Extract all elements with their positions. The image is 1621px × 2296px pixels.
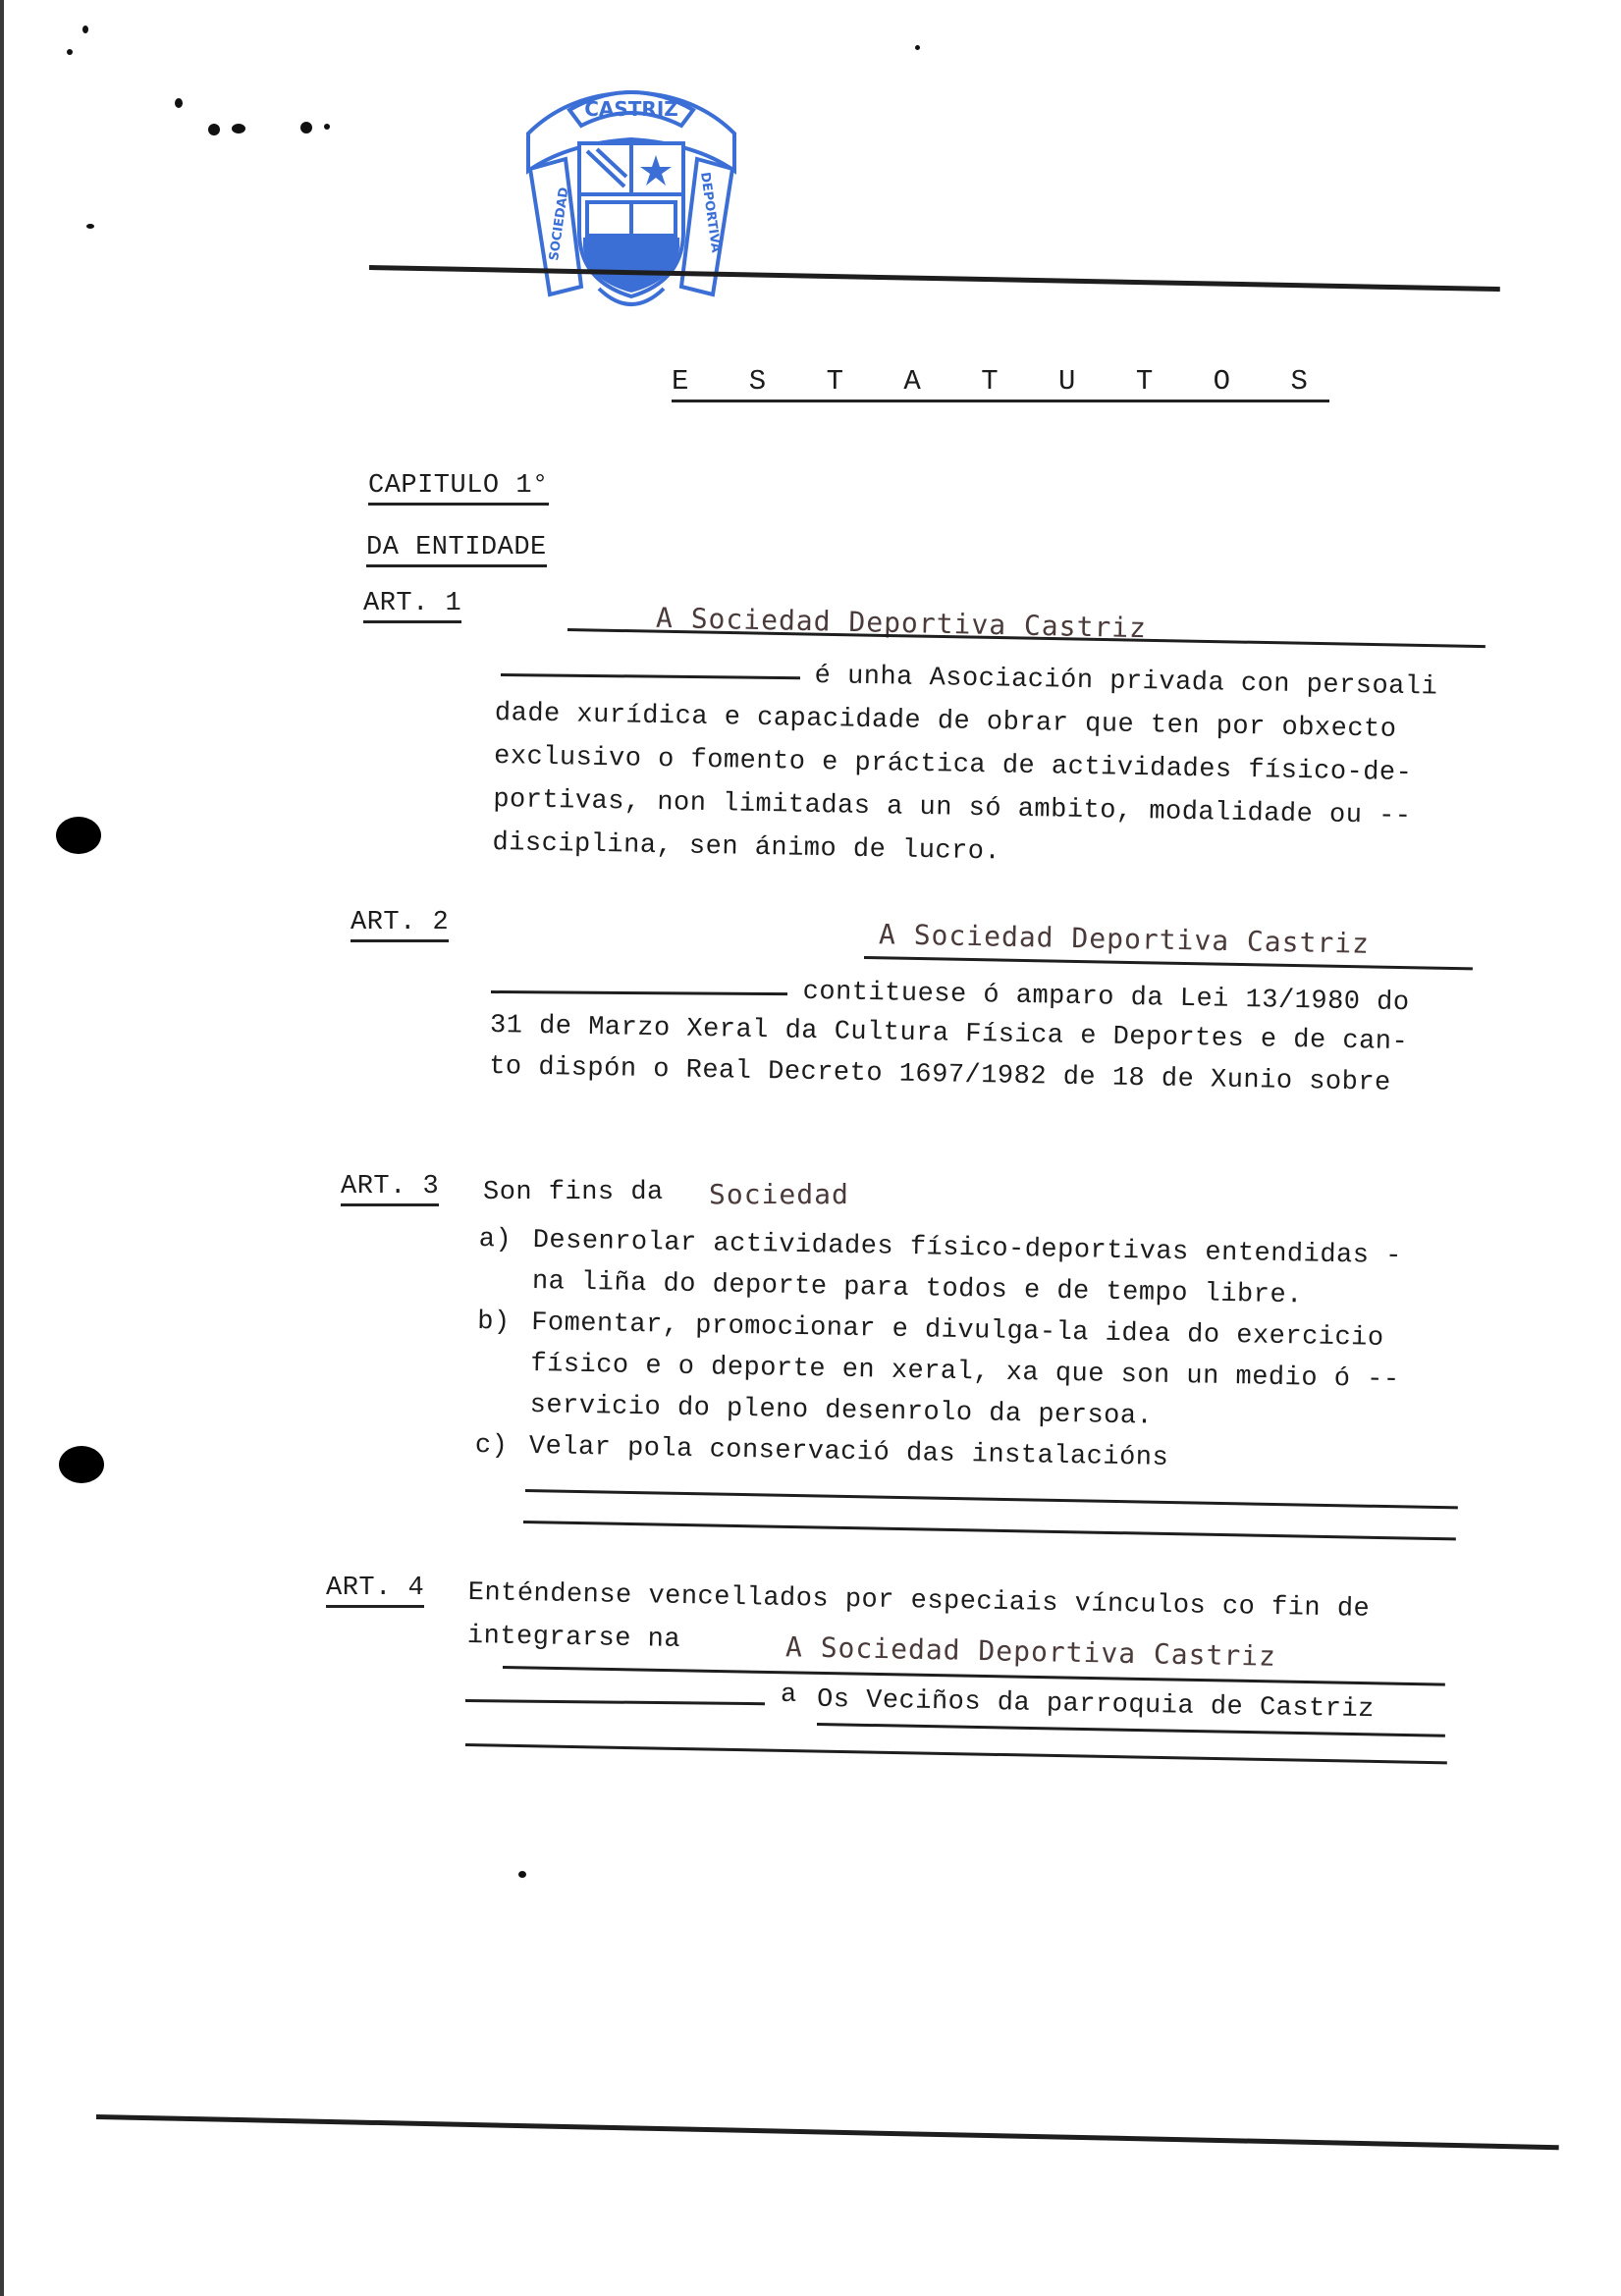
fill-line bbox=[864, 956, 1473, 970]
scan-speck bbox=[82, 26, 88, 33]
scan-speck bbox=[518, 1871, 526, 1878]
scan-left-edge bbox=[0, 0, 4, 2296]
scan-speck bbox=[175, 98, 183, 108]
footer-rule bbox=[96, 2114, 1559, 2150]
article-4-connector: a bbox=[781, 1681, 797, 1710]
article-3-intro-fill: Sociedad bbox=[709, 1178, 849, 1210]
punch-hole bbox=[56, 817, 101, 854]
fill-line bbox=[465, 1699, 765, 1705]
fill-line bbox=[525, 1489, 1458, 1509]
article-4-label: ART. 4 bbox=[326, 1574, 424, 1608]
list-marker: a) bbox=[478, 1225, 512, 1255]
document-title: E S T A T U T O S bbox=[672, 365, 1329, 402]
article-2-label: ART. 2 bbox=[351, 908, 449, 942]
article-2-entity-fill: A Sociedad Deportiva Castriz bbox=[879, 918, 1371, 960]
scan-speck bbox=[208, 124, 220, 135]
scan-speck bbox=[324, 124, 330, 130]
section-heading: DA ENTIDADE bbox=[366, 533, 547, 567]
scan-speck bbox=[300, 122, 312, 133]
fill-line bbox=[465, 1743, 1447, 1764]
scan-speck bbox=[67, 49, 73, 55]
fill-line bbox=[491, 990, 787, 995]
fill-line bbox=[503, 1666, 1445, 1686]
svg-text:CASTRIZ: CASTRIZ bbox=[584, 97, 678, 121]
article-3-label: ART. 3 bbox=[341, 1172, 439, 1206]
scan-speck bbox=[915, 45, 920, 50]
fill-line bbox=[501, 673, 800, 679]
chapter-heading: CAPITULO 1° bbox=[368, 471, 549, 506]
fill-line bbox=[817, 1723, 1445, 1737]
scan-speck bbox=[86, 224, 94, 229]
article-4-members-fill: Os Veciños da parroquia de Castriz bbox=[817, 1685, 1375, 1725]
punch-hole bbox=[59, 1446, 104, 1483]
fill-line bbox=[523, 1521, 1456, 1540]
list-marker: c) bbox=[475, 1431, 509, 1462]
article-4-entity-fill: A Sociedad Deportiva Castriz bbox=[785, 1630, 1277, 1673]
list-marker: b) bbox=[477, 1308, 511, 1338]
article-1-label: ART. 1 bbox=[363, 589, 461, 623]
article-3-intro: Son fins da bbox=[483, 1178, 664, 1207]
scan-speck bbox=[232, 124, 245, 133]
